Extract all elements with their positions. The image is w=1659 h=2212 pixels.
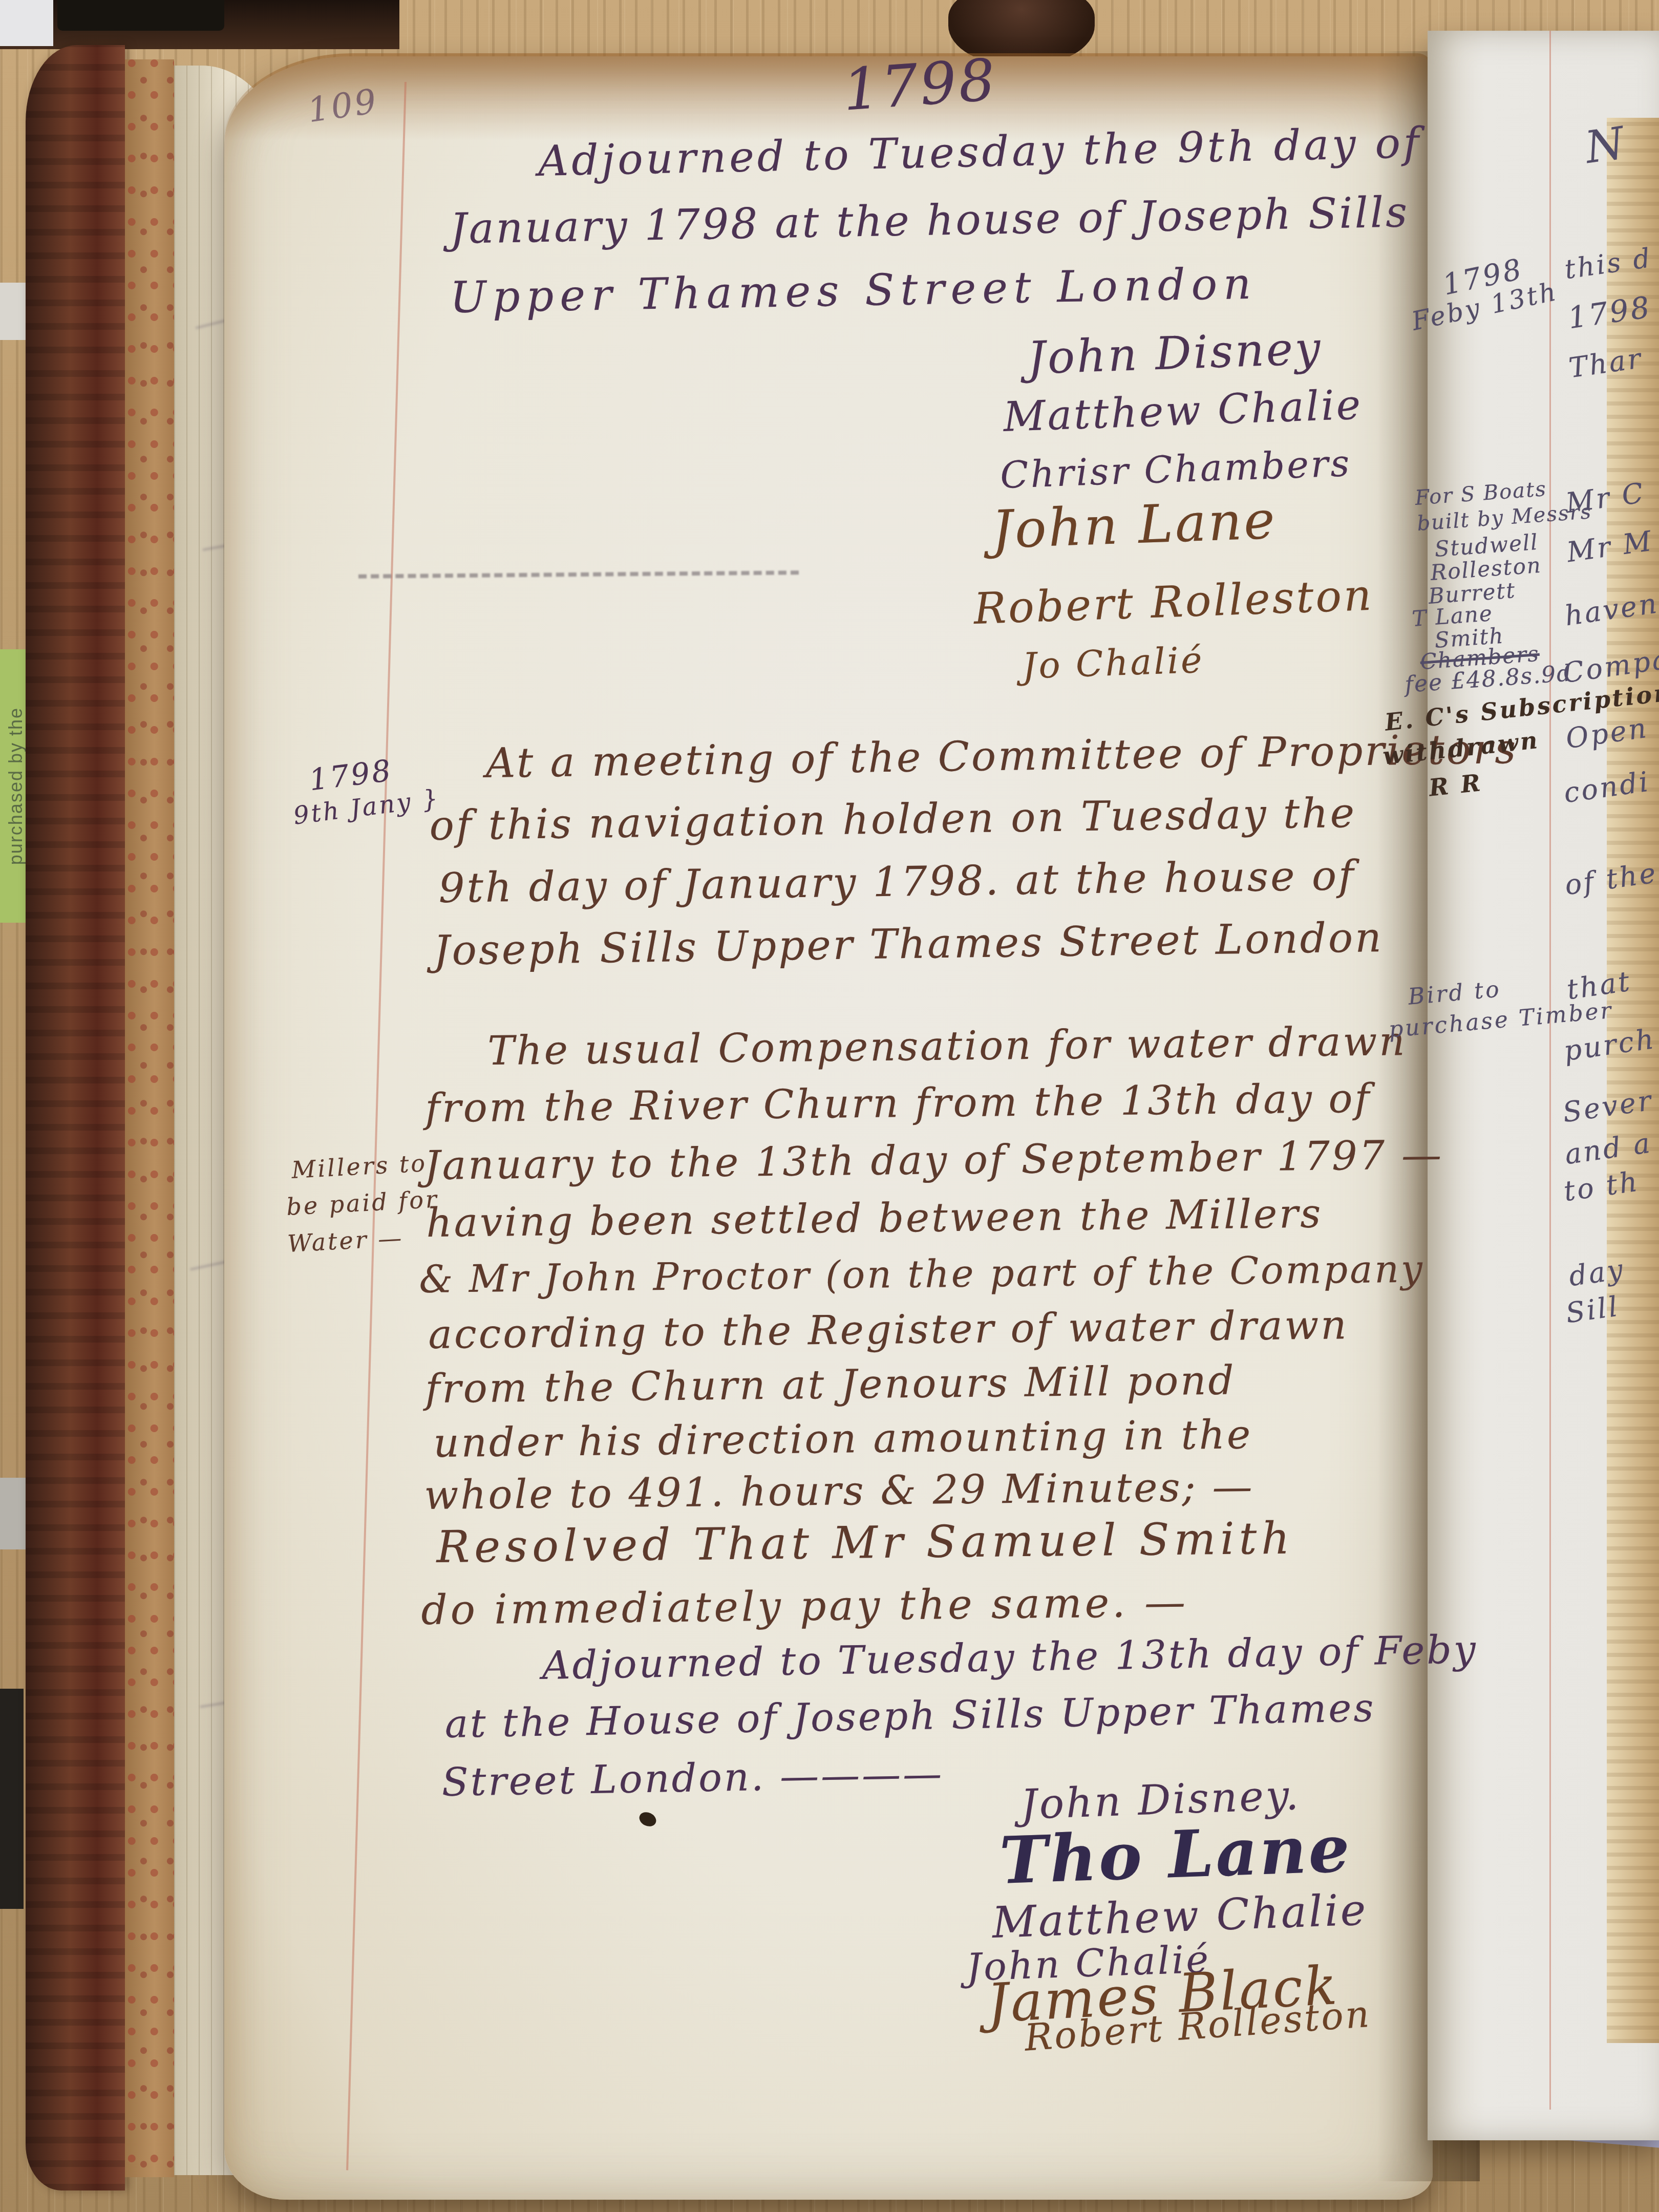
year-heading: 1798	[841, 47, 999, 124]
manuscript-line: Resolved That Mr Samuel Smith	[436, 1513, 1294, 1573]
manuscript-line: from the Churn at Jenours Mill pond	[425, 1357, 1236, 1412]
signature: Jo Chalié	[1022, 639, 1205, 687]
book-spine	[26, 45, 125, 2190]
manuscript-line: The usual Compensation for water drawn	[487, 1018, 1407, 1074]
signature: Tho Lane	[998, 1811, 1353, 1899]
manuscript-line: do immediately pay the same. —	[421, 1578, 1188, 1634]
green-note-text: purchased by the	[5, 707, 27, 865]
subscription-note-line: R R	[1428, 769, 1484, 802]
manuscript-line: according to the Register of water drawn	[428, 1302, 1349, 1358]
right-page-margin-rule	[1549, 31, 1551, 2110]
manuscript-line: under his direction amounting in the	[433, 1412, 1253, 1466]
paper-edge-top-left	[0, 0, 53, 46]
manuscript-line: whole to 491. hours & 29 Minutes; —	[424, 1464, 1254, 1519]
paper-edge-left-lower	[0, 1478, 28, 1549]
manuscript-line: Street London. ————	[441, 1751, 944, 1805]
right-fore-edge	[1607, 118, 1659, 2043]
manuscript-line: having been settled between the Millers	[426, 1191, 1323, 1246]
photo-of-minute-book: purchased by the 109 1798 Adjourned to T…	[0, 0, 1659, 2212]
dark-object-left-lower	[0, 1689, 24, 1909]
marbled-page-edges	[125, 59, 174, 2177]
right-page-fragment: N	[1582, 117, 1629, 174]
signature: John Lane	[991, 490, 1278, 561]
signature: John Disney	[1027, 322, 1323, 385]
dark-object-top-left	[57, 0, 224, 31]
